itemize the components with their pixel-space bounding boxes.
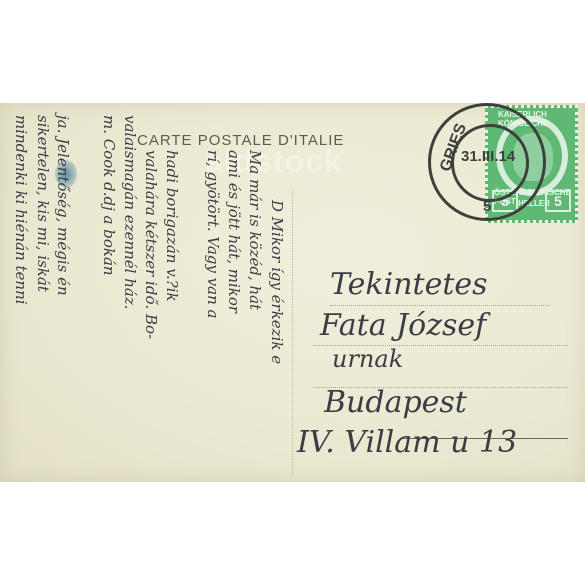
address-line-4: Budapest bbox=[324, 385, 467, 420]
address-rule bbox=[330, 305, 550, 306]
postmark-date: 31.III.14 bbox=[461, 148, 515, 165]
message-line: rí, gyötört. Vagy van a bbox=[203, 150, 222, 318]
message-line: ami és jött hát, mikor bbox=[224, 150, 243, 313]
message-line: hadi borigazán v.?ik bbox=[162, 150, 181, 302]
message-line: valaismagán ezennél ház. bbox=[120, 115, 139, 310]
postmark: GRIES 31.III.14 5 bbox=[428, 103, 546, 221]
message-line: m. Cook d.dj a bokán bbox=[99, 115, 118, 276]
address-line-3: urnak bbox=[332, 345, 403, 373]
message-line: ja. Jelentőség, mégis én bbox=[53, 115, 72, 296]
center-divider bbox=[292, 190, 293, 475]
message-line: valahára kétszer idő. Bo- bbox=[141, 150, 160, 339]
postmark-code: 5 bbox=[483, 198, 491, 215]
message-line: sikertelen, kis mi, iskát bbox=[33, 115, 52, 292]
message-line: D Mikor így érkezik e bbox=[267, 200, 286, 364]
address-line-5: IV. Villam u 13 bbox=[297, 425, 517, 460]
message-line: mindenki ki hiénán tenni bbox=[11, 115, 30, 305]
message-line: Ma már is közéd, hát bbox=[245, 150, 264, 310]
address-line-1: Tekintetes bbox=[330, 267, 488, 302]
address-line-2: Fata József bbox=[320, 308, 486, 343]
stamp-value-right: 5 bbox=[545, 190, 571, 212]
